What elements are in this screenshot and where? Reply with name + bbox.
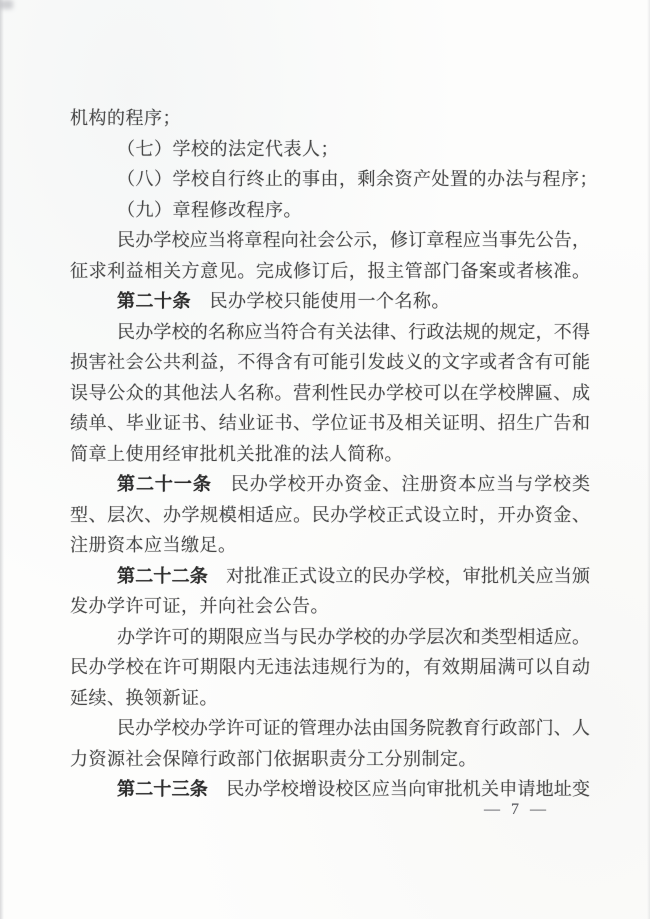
document-line: （八）学校自行终止的事由，剩余资产处置的办法与程序； bbox=[70, 164, 590, 195]
document-line: 延续、换领新证。 bbox=[70, 683, 590, 714]
scan-corner-artifact bbox=[0, 0, 13, 9]
document-line: 民办学校应当将章程向社会公示，修订章程应当事先公告， bbox=[70, 225, 590, 256]
line-text: 型、层次、办学规模相适应。民办学校正式设立时，开办资金、 bbox=[70, 505, 590, 525]
document-line: （九）章程修改程序。 bbox=[70, 195, 590, 226]
line-text: 民办学校办学许可证的管理办法由国务院教育行政部门、人 bbox=[117, 718, 590, 738]
document-line: 力资源社会保障行政部门依据职责分工分别制定。 bbox=[70, 744, 590, 775]
line-text: 简章上使用经审批机关批准的法人简称。 bbox=[70, 444, 403, 464]
line-text: 办学许可的期限应当与民办学校的办学层次和类型相适应。 bbox=[117, 627, 590, 647]
line-text: 损害社会公共利益，不得含有可能引发歧义的文字或者含有可能 bbox=[70, 352, 590, 372]
line-text: 误导公众的其他法人名称。营利性民办学校可以在学校牌匾、成 bbox=[70, 383, 590, 403]
page-number-footer: — 7 — bbox=[484, 801, 547, 819]
line-text: 民办学校开办资金、注册资本应当与学校类 bbox=[212, 474, 590, 494]
line-text: 机构的程序； bbox=[70, 108, 181, 128]
article-number: 第二十一条 bbox=[117, 474, 212, 494]
document-line: 注册资本应当缴足。 bbox=[70, 530, 590, 561]
document-line: 型、层次、办学规模相适应。民办学校正式设立时，开办资金、 bbox=[70, 500, 590, 531]
document-line: （七）学校的法定代表人； bbox=[70, 134, 590, 165]
article-number: 第二十条 bbox=[117, 291, 191, 311]
line-text: 民办学校的名称应当符合有关法律、行政法规的规定，不得 bbox=[117, 322, 590, 342]
line-text: 民办学校增设校区应当向审批机关申请地址变 bbox=[208, 779, 590, 799]
document-line: 办学许可的期限应当与民办学校的办学层次和类型相适应。 bbox=[70, 622, 590, 653]
line-text: 民办学校在许可期限内无违法违规行为的，有效期届满可以自动 bbox=[70, 657, 590, 677]
page-left-edge-shadow bbox=[0, 0, 4, 919]
document-line: 第二十三条 民办学校增设校区应当向审批机关申请地址变 bbox=[70, 774, 590, 805]
document-line: 民办学校的名称应当符合有关法律、行政法规的规定，不得 bbox=[70, 317, 590, 348]
document-body: 机构的程序；（七）学校的法定代表人；（八）学校自行终止的事由，剩余资产处置的办法… bbox=[70, 103, 590, 805]
document-line: 误导公众的其他法人名称。营利性民办学校可以在学校牌匾、成 bbox=[70, 378, 590, 409]
line-text: 延续、换领新证。 bbox=[70, 688, 218, 708]
line-text: 绩单、毕业证书、结业证书、学位证书及相关证明、招生广告和 bbox=[70, 413, 590, 433]
document-line: 民办学校在许可期限内无违法违规行为的，有效期届满可以自动 bbox=[70, 652, 590, 683]
document-line: 第二十一条 民办学校开办资金、注册资本应当与学校类 bbox=[70, 469, 590, 500]
document-line: 绩单、毕业证书、结业证书、学位证书及相关证明、招生广告和 bbox=[70, 408, 590, 439]
line-text: 民办学校只能使用一个名称。 bbox=[191, 291, 450, 311]
document-line: 发办学许可证，并向社会公告。 bbox=[70, 591, 590, 622]
line-text: 注册资本应当缴足。 bbox=[70, 535, 237, 555]
article-number: 第二十二条 bbox=[117, 566, 208, 586]
line-text: （九）章程修改程序。 bbox=[117, 200, 302, 220]
article-number: 第二十三条 bbox=[117, 779, 208, 799]
line-text: （八）学校自行终止的事由，剩余资产处置的办法与程序； bbox=[117, 169, 598, 189]
line-text: （七）学校的法定代表人； bbox=[117, 139, 339, 159]
document-line: 简章上使用经审批机关批准的法人简称。 bbox=[70, 439, 590, 470]
line-text: 力资源社会保障行政部门依据职责分工分别制定。 bbox=[70, 749, 477, 769]
scanned-document-page: 机构的程序；（七）学校的法定代表人；（八）学校自行终止的事由，剩余资产处置的办法… bbox=[0, 0, 650, 919]
line-text: 对批准正式设立的民办学校，审批机关应当颁 bbox=[208, 566, 590, 586]
line-text: 民办学校应当将章程向社会公示，修订章程应当事先公告， bbox=[117, 230, 590, 250]
line-text: 发办学许可证，并向社会公告。 bbox=[70, 596, 329, 616]
document-line: 民办学校办学许可证的管理办法由国务院教育行政部门、人 bbox=[70, 713, 590, 744]
document-line: 第二十二条 对批准正式设立的民办学校，审批机关应当颁 bbox=[70, 561, 590, 592]
line-text: 征求利益相关方意见。完成修订后，报主管部门备案或者核准。 bbox=[70, 261, 590, 281]
document-line: 征求利益相关方意见。完成修订后，报主管部门备案或者核准。 bbox=[70, 256, 590, 287]
document-line: 第二十条 民办学校只能使用一个名称。 bbox=[70, 286, 590, 317]
document-line: 机构的程序； bbox=[70, 103, 590, 134]
document-line: 损害社会公共利益，不得含有可能引发歧义的文字或者含有可能 bbox=[70, 347, 590, 378]
